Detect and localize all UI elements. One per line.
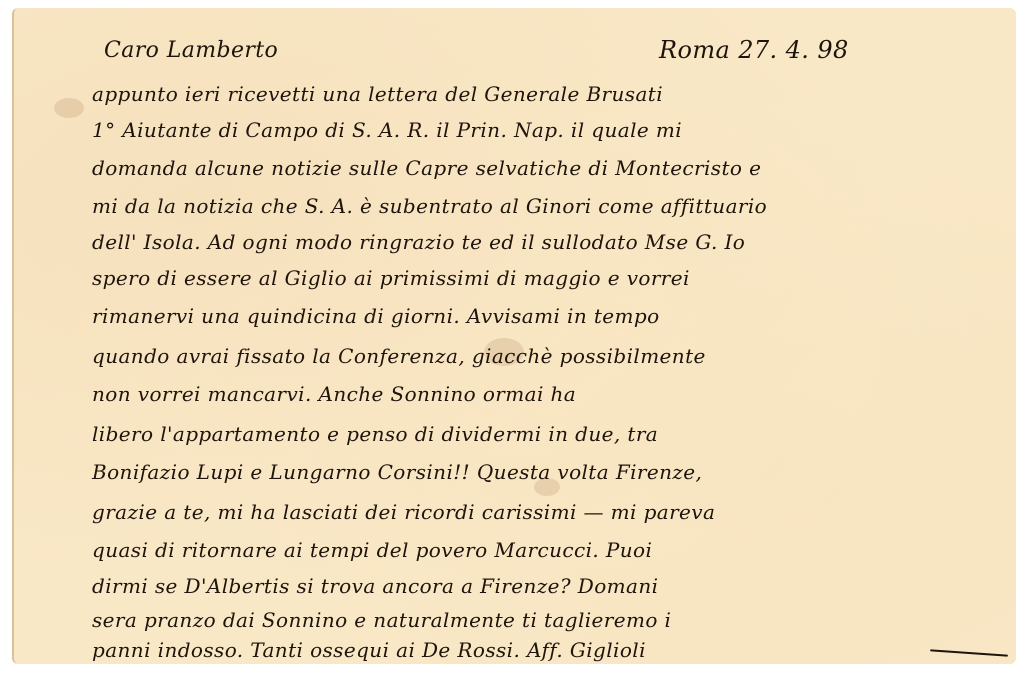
letter-line: appunto ieri ricevetti una lettera del G… [92, 82, 663, 106]
letter-line: 1° Aiutante di Campo di S. A. R. il Prin… [92, 118, 682, 142]
paper-stain [54, 98, 84, 118]
letter-line: dell' Isola. Ad ogni modo ringrazio te e… [92, 230, 745, 254]
letter-line: Bonifazio Lupi e Lungarno Corsini!! Ques… [92, 460, 702, 484]
letter-line: mi da la notizia che S. A. è subentrato … [92, 194, 767, 218]
letter-line: grazie a te, mi ha lasciati dei ricordi … [92, 500, 715, 524]
salutation: Caro Lamberto [104, 38, 278, 63]
letter-line: non vorrei mancarvi. Anche Sonnino ormai… [92, 382, 576, 406]
letter-line: sera pranzo dai Sonnino e naturalmente t… [92, 608, 671, 632]
letter-line: rimanervi una quindicina di giorni. Avvi… [92, 304, 660, 328]
letter-line: quasi di ritornare ai tempi del povero M… [92, 538, 652, 562]
letter-line: domanda alcune notizie sulle Capre selva… [92, 156, 761, 180]
place-date: Roma 27. 4. 98 [659, 36, 849, 64]
letter-line: spero di essere al Giglio ai primissimi … [92, 266, 690, 290]
letter-line: dirmi se D'Albertis si trova ancora a Fi… [92, 574, 658, 598]
postcard: Caro Lamberto Roma 27. 4. 98 appunto ier… [12, 8, 1016, 664]
letter-line: libero l'appartamento e penso di divider… [92, 422, 658, 446]
letter-line: panni indosso. Tanti ossequi ai De Rossi… [92, 638, 646, 662]
letter-line: quando avrai fissato la Conferenza, giac… [92, 344, 706, 368]
